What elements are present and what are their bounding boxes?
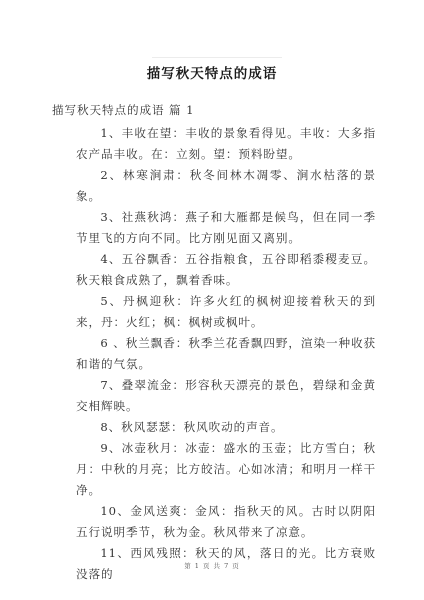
idiom-paragraph-8: 8、秋风瑟瑟：秋风吹动的声音。 — [76, 417, 376, 438]
section-heading: 描写秋天特点的成语 篇 1 — [52, 100, 376, 121]
header-divider — [152, 57, 282, 58]
page-number-footer: 第 1 页 共 7 页 — [0, 561, 424, 570]
idiom-paragraph-10: 10、金风送爽：金风：指秋天的风。古时以阴阳五行说明季节，秋为金。秋风带来了凉意… — [76, 501, 376, 543]
document-body: 描写秋天特点的成语 篇 1 1、丰收在望：丰收的景象看得见。丰收：大多指农产品丰… — [76, 100, 376, 585]
document-title: 描写秋天特点的成语 — [0, 62, 424, 82]
idiom-paragraph-4: 4、五谷飘香：五谷指粮食，五谷即稻黍稷麦豆。秋天粮食成熟了，飘着香味。 — [76, 249, 376, 291]
idiom-paragraph-2: 2、林寒涧肃：秋冬间林木凋零、涧水枯落的景象。 — [76, 165, 376, 207]
idiom-paragraph-5: 5、丹枫迎秋：许多火红的枫树迎接着秋天的到来，丹：火红；枫：枫树或枫叶。 — [76, 291, 376, 333]
idiom-paragraph-9: 9、冰壶秋月：冰壶：盛水的玉壶；比方雪白；秋月：中秋的月亮；比方皎洁。心如冰清；… — [76, 438, 376, 501]
idiom-paragraph-1: 1、丰收在望：丰收的景象看得见。丰收：大多指农产品丰收。在：立刻。望：预料盼望。 — [76, 123, 376, 165]
idiom-paragraph-3: 3、社燕秋鸿：燕子和大雁都是候鸟，但在同一季节里飞的方向不同。比方刚见面又离别。 — [76, 207, 376, 249]
document-page: 描写秋天特点的成语 描写秋天特点的成语 篇 1 1、丰收在望：丰收的景象看得见。… — [0, 0, 424, 600]
idiom-paragraph-6: 6 、秋兰飘香：秋季兰花香飘四野，渲染一种收获和谐的气氛。 — [76, 333, 376, 375]
idiom-paragraph-7: 7、叠翠流金：形容秋天漂亮的景色，碧绿和金黄交相辉映。 — [76, 375, 376, 417]
